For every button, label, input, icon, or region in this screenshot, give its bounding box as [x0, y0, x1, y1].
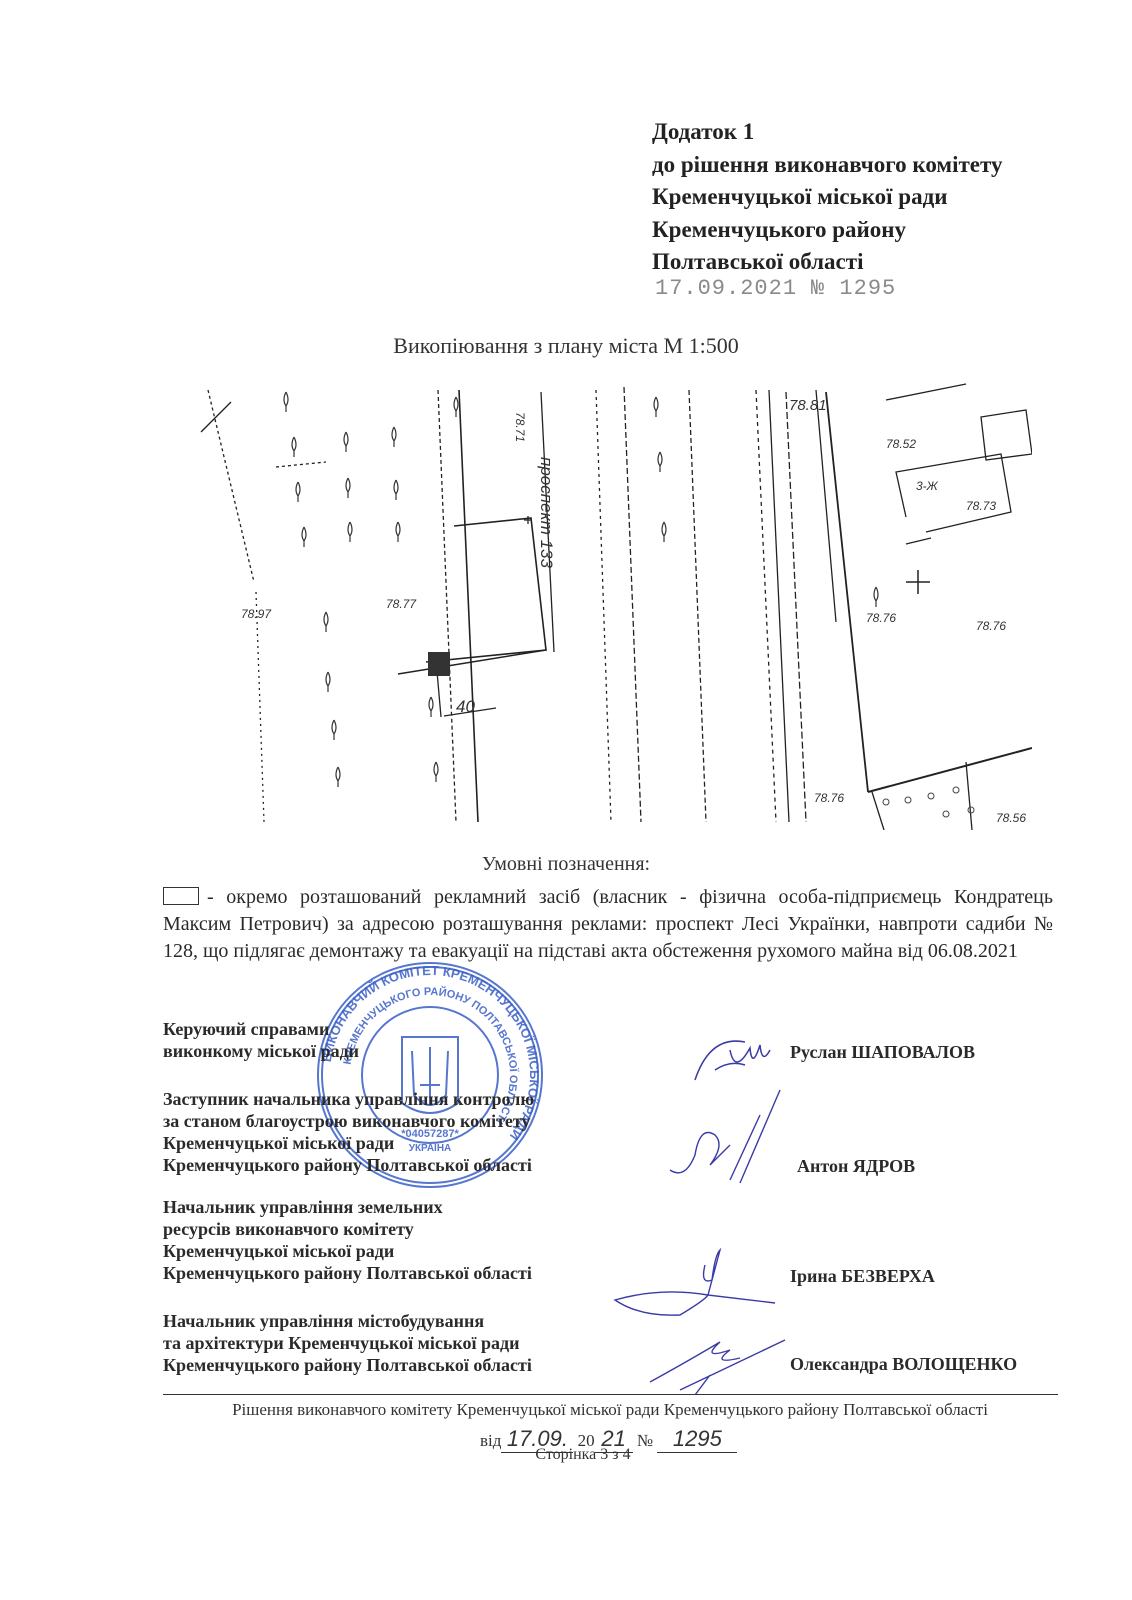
svg-text:78.52: 78.52 [886, 437, 916, 451]
signatory-1-name: Руслан ШАПОВАЛОВ [790, 1042, 975, 1063]
footer-decision-title: Рішення виконавчого комітету Кременчуцьк… [0, 1400, 1132, 1420]
map-title: Викопіювання з плану міста М 1:500 [0, 333, 1132, 359]
signatory-3-position: Начальник управління земельних ресурсів … [163, 1196, 532, 1284]
page-number: Сторінка 3 з 4 [0, 1446, 1132, 1464]
svg-text:3-Ж: 3-Ж [916, 479, 939, 493]
svg-text:78.56: 78.56 [996, 811, 1026, 825]
signature-2 [660, 1085, 790, 1185]
city-plan-map: проспект 133 78.81 78.52 78.73 3-Ж 78.97… [186, 382, 1032, 830]
svg-text:проспект 133: проспект 133 [537, 457, 556, 569]
stamp-date: 17.09.2021 [655, 276, 797, 301]
signatory-3-name: Ірина БЕЗВЕРХА [790, 1266, 935, 1287]
signatory-2-name: Антон ЯДРОВ [797, 1156, 915, 1177]
svg-text:78.71: 78.71 [513, 412, 527, 442]
signature-1 [690, 1030, 780, 1090]
survey-plan-drawing: проспект 133 78.81 78.52 78.73 3-Ж 78.97… [186, 382, 1032, 830]
svg-text:78.97: 78.97 [241, 607, 272, 621]
stamp-number: № 1295 [811, 276, 896, 301]
appendix-title: Додаток 1 [652, 116, 1002, 149]
signatory-1-position: Керуючий справами виконкому міської ради [163, 1018, 359, 1062]
legend-description: - окремо розташований рекламний засіб (в… [163, 886, 1053, 962]
legend: - окремо розташований рекламний засіб (в… [163, 884, 1053, 965]
svg-text:78.76: 78.76 [866, 611, 896, 625]
svg-text:78.81: 78.81 [789, 397, 827, 414]
registration-stamp: 17.09.2021№ 1295 [655, 276, 896, 301]
appendix-line: Кременчуцького району [652, 214, 1002, 247]
footer-divider [163, 1394, 1058, 1395]
svg-text:78.76: 78.76 [976, 619, 1006, 633]
appendix-line: Полтавської області [652, 246, 1002, 279]
legend-symbol-box [163, 887, 199, 905]
appendix-line: до рішення виконавчого комітету [652, 149, 1002, 182]
signature-4 [640, 1320, 790, 1395]
svg-text:78.77: 78.77 [386, 597, 417, 611]
svg-text:78.73: 78.73 [966, 499, 996, 513]
signatory-2-position: Заступник начальника управління контролю… [163, 1088, 534, 1176]
signature-3 [600, 1245, 780, 1325]
advertising-structure-marker [428, 652, 450, 676]
svg-text:78.76: 78.76 [814, 791, 844, 805]
signatory-4-position: Начальник управління містобудування та а… [163, 1310, 532, 1376]
appendix-line: Кременчуцької міської ради [652, 181, 1002, 214]
signatory-4-name: Олександра ВОЛОЩЕНКО [790, 1354, 1017, 1375]
legend-title: Умовні позначення: [0, 853, 1132, 876]
svg-text:40: 40 [456, 697, 475, 716]
appendix-header: Додаток 1 до рішення виконавчого комітет… [652, 116, 1002, 279]
